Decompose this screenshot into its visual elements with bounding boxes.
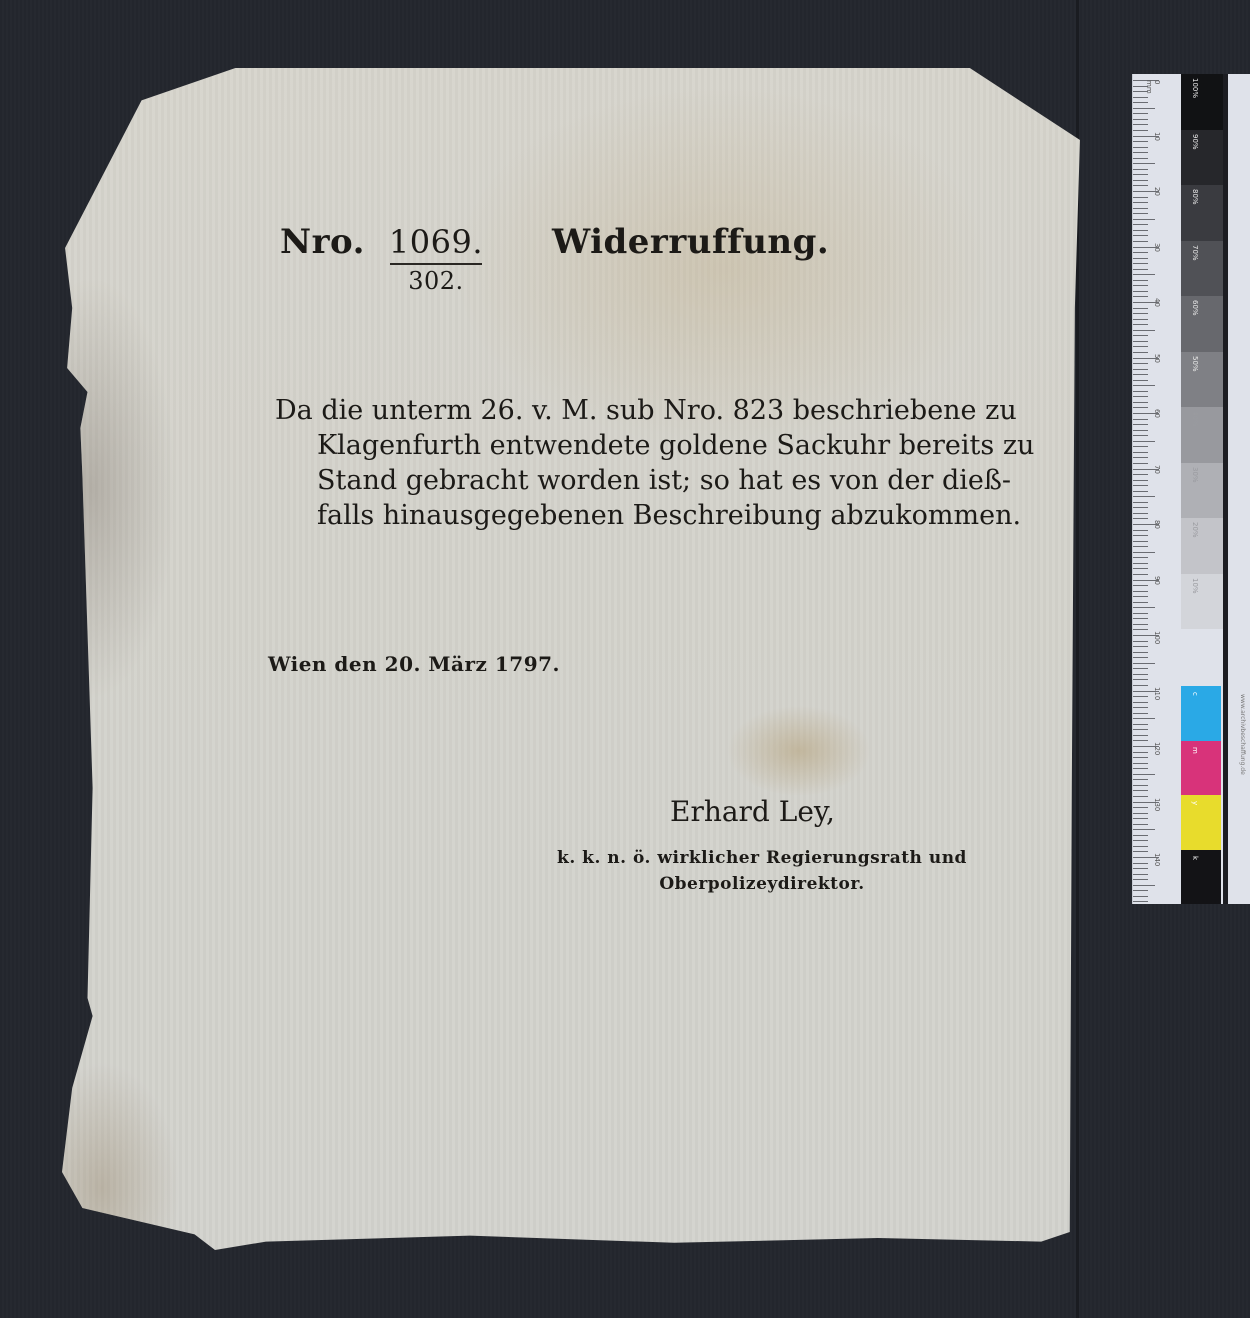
ruler-tick bbox=[1133, 774, 1155, 775]
ruler-tick bbox=[1133, 158, 1148, 159]
ruler-tick bbox=[1133, 718, 1155, 719]
ruler-tick bbox=[1133, 618, 1148, 619]
ruler-tick bbox=[1133, 308, 1148, 309]
ruler-label: 110 bbox=[1153, 687, 1161, 700]
ruler-label: 20 bbox=[1153, 187, 1161, 196]
ruler-tick bbox=[1133, 185, 1148, 186]
ruler-tick bbox=[1133, 147, 1148, 148]
ruler-tick bbox=[1133, 269, 1148, 270]
ruler-tick bbox=[1133, 674, 1148, 675]
gray-patch-label: 80% bbox=[1191, 189, 1199, 205]
ruler-tick bbox=[1133, 452, 1148, 453]
mm-ruler: 0 mm102030405060708090100110120130140 bbox=[1133, 74, 1179, 904]
document-header: Nro. 1069. 302. bbox=[280, 222, 487, 295]
ruler-tick bbox=[1133, 380, 1148, 381]
ruler-tick bbox=[1133, 446, 1148, 447]
ruler-tick bbox=[1133, 402, 1148, 403]
ruler-tick bbox=[1133, 668, 1148, 669]
ruler-tick bbox=[1133, 235, 1148, 236]
ruler-tick bbox=[1133, 274, 1155, 275]
gray-patch-label: 20% bbox=[1191, 522, 1199, 538]
ruler-tick bbox=[1133, 491, 1148, 492]
ruler-tick bbox=[1133, 202, 1148, 203]
ruler-tick bbox=[1133, 607, 1155, 608]
ruler-tick bbox=[1133, 258, 1148, 259]
ruler-tick bbox=[1133, 419, 1148, 420]
ruler-tick bbox=[1133, 646, 1148, 647]
date-line: Wien den 20. März 1797. bbox=[268, 652, 560, 676]
ruler-tick bbox=[1133, 363, 1148, 364]
ruler-tick bbox=[1133, 174, 1148, 175]
ruler-tick bbox=[1133, 663, 1155, 664]
ruler-tick bbox=[1133, 280, 1148, 281]
gray-patch-label: 50% bbox=[1191, 356, 1199, 372]
number-main: 1069. bbox=[385, 223, 487, 261]
number-sub: 302. bbox=[408, 267, 463, 295]
gray-patch: 90% bbox=[1181, 130, 1223, 186]
ruler-label: 30 bbox=[1153, 243, 1161, 252]
ruler-label: 80 bbox=[1153, 520, 1161, 529]
ruler-tick bbox=[1133, 197, 1148, 198]
ruler-tick bbox=[1133, 574, 1148, 575]
calibration-divider bbox=[1223, 74, 1228, 904]
ruler-tick bbox=[1133, 591, 1148, 592]
ruler-tick bbox=[1133, 141, 1148, 142]
gray-patch: 100% bbox=[1181, 74, 1223, 130]
cmyk-patch-label: y bbox=[1191, 801, 1199, 805]
ruler-tick bbox=[1133, 779, 1148, 780]
ruler-tick bbox=[1133, 391, 1148, 392]
body-line: Klagenfurth entwendete goldene Sackuhr b… bbox=[275, 428, 965, 463]
ruler-tick bbox=[1133, 713, 1148, 714]
ruler-tick bbox=[1133, 757, 1148, 758]
ruler-tick bbox=[1133, 424, 1148, 425]
body-line: Stand gebracht worden ist; so hat es von… bbox=[275, 463, 965, 498]
ruler-tick bbox=[1133, 396, 1148, 397]
cmyk-patch: k bbox=[1181, 850, 1221, 905]
ruler-label: 120 bbox=[1153, 742, 1161, 755]
ruler-tick bbox=[1133, 530, 1148, 531]
ruler-label: 140 bbox=[1153, 853, 1161, 866]
ruler-tick bbox=[1133, 879, 1148, 880]
ruler-tick bbox=[1133, 679, 1148, 680]
ruler-tick bbox=[1133, 180, 1148, 181]
ruler-tick bbox=[1133, 541, 1148, 542]
ruler-tick bbox=[1133, 474, 1148, 475]
ruler-tick bbox=[1133, 824, 1148, 825]
ruler-tick bbox=[1133, 752, 1148, 753]
gray-patch-label: 40% bbox=[1191, 411, 1199, 427]
ruler-tick bbox=[1133, 335, 1148, 336]
ruler-tick bbox=[1133, 241, 1148, 242]
signature-title: k. k. n. ö. wirklicher Regierungsrath un… bbox=[537, 845, 987, 897]
ruler-tick bbox=[1133, 596, 1148, 597]
cmyk-patches: cmyk bbox=[1181, 686, 1221, 904]
ruler-tick bbox=[1133, 863, 1148, 864]
fraction-line bbox=[390, 263, 482, 265]
ruler-tick bbox=[1133, 130, 1148, 131]
ruler-tick bbox=[1133, 313, 1148, 314]
ruler-tick bbox=[1133, 513, 1148, 514]
cmyk-patch: y bbox=[1181, 795, 1221, 850]
ruler-tick bbox=[1133, 552, 1155, 553]
ruler-tick bbox=[1133, 252, 1148, 253]
ruler-tick bbox=[1133, 263, 1148, 264]
ruler-unit-label: 0 mm bbox=[1145, 80, 1161, 98]
ruler-tick bbox=[1133, 152, 1148, 153]
gray-patch: 70% bbox=[1181, 241, 1223, 297]
gray-patch: 40% bbox=[1181, 407, 1223, 463]
cmyk-patch-label: k bbox=[1191, 856, 1199, 860]
ruler-tick bbox=[1133, 557, 1148, 558]
ruler-tick bbox=[1133, 563, 1148, 564]
ruler-tick bbox=[1133, 463, 1148, 464]
ruler-tick bbox=[1133, 652, 1148, 653]
ruler-tick bbox=[1133, 546, 1148, 547]
ruler-tick bbox=[1133, 102, 1148, 103]
ruler-tick bbox=[1133, 568, 1148, 569]
ruler-tick bbox=[1133, 324, 1148, 325]
ruler-tick bbox=[1133, 480, 1148, 481]
ruler-tick bbox=[1133, 829, 1155, 830]
ruler-tick bbox=[1133, 840, 1148, 841]
ruler-tick bbox=[1133, 502, 1148, 503]
ruler-tick bbox=[1133, 119, 1148, 120]
ruler-tick bbox=[1133, 785, 1148, 786]
ruler-tick bbox=[1133, 740, 1148, 741]
ruler-tick bbox=[1133, 629, 1148, 630]
ruler-label: 130 bbox=[1153, 798, 1161, 811]
gray-patch-label: 30% bbox=[1191, 467, 1199, 483]
nro-label: Nro. bbox=[280, 222, 365, 262]
ruler-tick bbox=[1133, 735, 1148, 736]
signature-title-line: k. k. n. ö. wirklicher Regierungsrath un… bbox=[537, 845, 987, 871]
gray-patch: 50% bbox=[1181, 352, 1223, 408]
gray-patch: 60% bbox=[1181, 296, 1223, 352]
ruler-label: 70 bbox=[1153, 465, 1161, 474]
ruler-tick bbox=[1133, 230, 1148, 231]
ruler-tick bbox=[1133, 796, 1148, 797]
ruler-tick bbox=[1133, 696, 1148, 697]
ruler-tick bbox=[1133, 108, 1155, 109]
ruler-tick bbox=[1133, 208, 1148, 209]
ruler-tick bbox=[1133, 330, 1155, 331]
ruler-label: 10 bbox=[1153, 132, 1161, 141]
ruler-tick bbox=[1133, 346, 1148, 347]
ruler-tick bbox=[1133, 169, 1148, 170]
ruler-tick bbox=[1133, 768, 1148, 769]
ruler-tick bbox=[1133, 763, 1148, 764]
ruler-tick bbox=[1133, 435, 1148, 436]
ruler-tick bbox=[1133, 818, 1148, 819]
ruler-tick bbox=[1133, 441, 1155, 442]
ruler-tick bbox=[1133, 885, 1155, 886]
cmyk-patch-label: m bbox=[1191, 747, 1199, 754]
ruler-tick bbox=[1133, 369, 1148, 370]
ruler-tick bbox=[1133, 896, 1148, 897]
ruler-tick bbox=[1133, 890, 1148, 891]
gray-patch: 30% bbox=[1181, 463, 1223, 519]
ruler-label: 90 bbox=[1153, 576, 1161, 585]
ruler-tick bbox=[1133, 851, 1148, 852]
document-title: Widerruffung. bbox=[552, 222, 829, 262]
ruler-tick bbox=[1133, 113, 1148, 114]
ruler-tick bbox=[1133, 685, 1148, 686]
document-body: Da die unterm 26. v. M. sub Nro. 823 bes… bbox=[275, 393, 965, 533]
ruler-tick bbox=[1133, 319, 1148, 320]
ruler-tick bbox=[1133, 707, 1148, 708]
ruler-tick bbox=[1133, 407, 1148, 408]
ruler-tick bbox=[1133, 613, 1148, 614]
ruler-tick bbox=[1133, 901, 1148, 902]
ruler-tick bbox=[1133, 485, 1148, 486]
gray-patch: 80% bbox=[1181, 185, 1223, 241]
ruler-tick bbox=[1133, 219, 1155, 220]
document-number: 1069. 302. bbox=[385, 223, 487, 295]
signature-title-line: Oberpolizeydirektor. bbox=[537, 871, 987, 897]
gray-patch: 20% bbox=[1181, 518, 1223, 574]
body-line: falls hinausgegebenen Beschreibung abzuk… bbox=[275, 498, 965, 533]
ruler-tick bbox=[1133, 835, 1148, 836]
ruler-tick bbox=[1133, 724, 1148, 725]
ruler-tick bbox=[1133, 124, 1148, 125]
ruler-tick bbox=[1133, 296, 1148, 297]
gray-scale: 100%90%80%70%60%50%40%30%20%10% bbox=[1181, 74, 1223, 629]
gray-patch: 10% bbox=[1181, 574, 1223, 630]
calibration-credit: www.archivbeschaffung.de bbox=[1239, 694, 1246, 775]
ruler-tick bbox=[1133, 507, 1148, 508]
ruler-label: 40 bbox=[1153, 298, 1161, 307]
ruler-tick bbox=[1133, 385, 1155, 386]
ruler-tick bbox=[1133, 163, 1155, 164]
ruler-tick bbox=[1133, 291, 1148, 292]
gray-patch-label: 60% bbox=[1191, 300, 1199, 316]
ruler-tick bbox=[1133, 585, 1148, 586]
ruler-tick bbox=[1133, 624, 1148, 625]
ruler-tick bbox=[1133, 535, 1148, 536]
ruler-tick bbox=[1133, 285, 1148, 286]
ruler-tick bbox=[1133, 518, 1148, 519]
gray-patch-label: 90% bbox=[1191, 134, 1199, 150]
ruler-tick bbox=[1133, 846, 1148, 847]
gray-patch-label: 100% bbox=[1191, 78, 1199, 98]
calibration-strip: 0 mm102030405060708090100110120130140 10… bbox=[1132, 74, 1250, 904]
gray-patch-label: 70% bbox=[1191, 245, 1199, 261]
ruler-tick bbox=[1133, 457, 1148, 458]
ruler-tick bbox=[1133, 807, 1148, 808]
ruler-tick bbox=[1133, 729, 1148, 730]
ruler-tick bbox=[1133, 352, 1148, 353]
cmyk-patch-label: c bbox=[1191, 692, 1199, 696]
cmyk-patch: c bbox=[1181, 686, 1221, 741]
ruler-tick bbox=[1133, 702, 1148, 703]
cmyk-patch: m bbox=[1181, 741, 1221, 796]
ruler-label: 50 bbox=[1153, 354, 1161, 363]
ruler-tick bbox=[1133, 874, 1148, 875]
ruler-tick bbox=[1133, 790, 1148, 791]
ruler-tick bbox=[1133, 374, 1148, 375]
ruler-tick bbox=[1133, 813, 1148, 814]
ruler-tick bbox=[1133, 341, 1148, 342]
ruler-tick bbox=[1133, 602, 1148, 603]
gray-patch-label: 10% bbox=[1191, 578, 1199, 594]
ruler-tick bbox=[1133, 868, 1148, 869]
signature-name: Erhard Ley, bbox=[670, 795, 835, 828]
ruler-tick bbox=[1133, 641, 1148, 642]
ruler-tick bbox=[1133, 496, 1155, 497]
ruler-label: 100 bbox=[1153, 631, 1161, 644]
ruler-tick bbox=[1133, 657, 1148, 658]
ruler-label: 60 bbox=[1153, 409, 1161, 418]
ruler-tick bbox=[1133, 213, 1148, 214]
body-line: Da die unterm 26. v. M. sub Nro. 823 bes… bbox=[275, 393, 965, 428]
ruler-tick bbox=[1133, 430, 1148, 431]
ruler-tick bbox=[1133, 224, 1148, 225]
